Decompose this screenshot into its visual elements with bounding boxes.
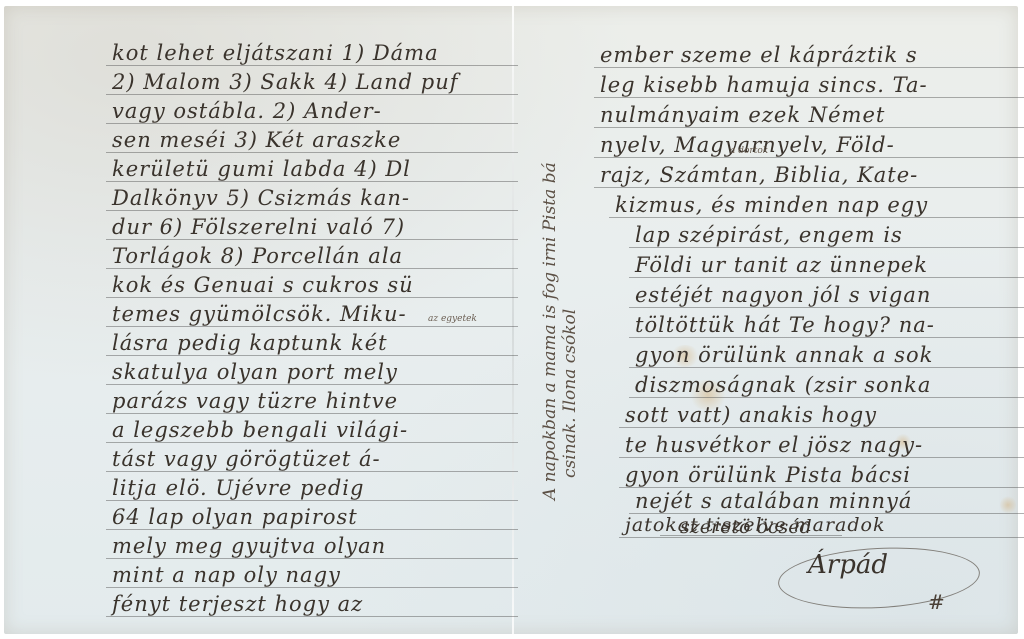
closing-salutation: szeretö öcséd: [680, 516, 812, 538]
signature: Árpád: [808, 550, 888, 580]
margin-note-line: csinak. Ilona csókol: [560, 162, 580, 500]
margin-note: A napokban a mama is fog irni Pista bá c…: [540, 162, 580, 500]
text-line: fényt terjeszt hogy az: [112, 585, 512, 623]
center-fold: [512, 6, 514, 634]
interlinear-annotation: a dortok: [730, 146, 768, 156]
interlinear-annotation: az egyetek: [428, 314, 477, 324]
margin-note-line: A napokban a mama is fog irni Pista bá: [540, 162, 560, 500]
signature-flourish-mark: #: [928, 590, 945, 614]
